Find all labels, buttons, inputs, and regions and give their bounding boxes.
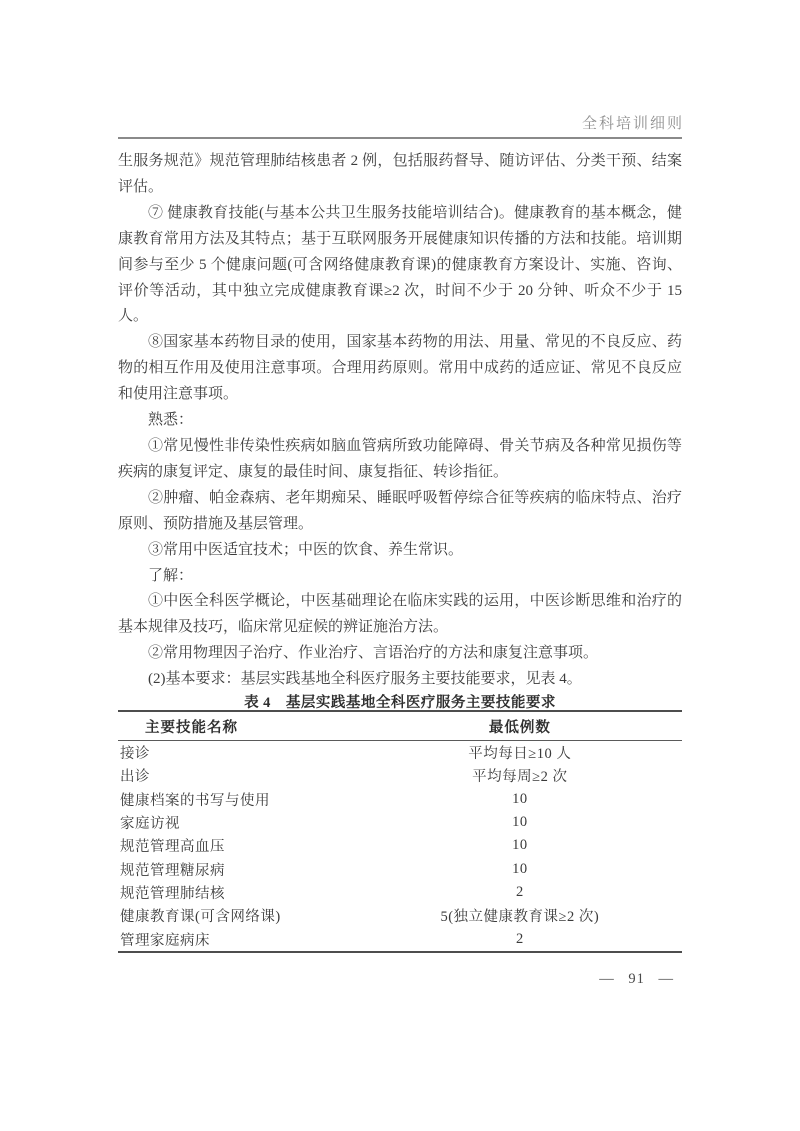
skill-name-cell: 出诊 [118, 764, 358, 787]
page-number: — 91 — [599, 971, 674, 988]
table-row: 家庭访视10 [118, 811, 682, 834]
minimum-count-cell: 10 [358, 834, 682, 857]
table-header-row: 主要技能名称 最低例数 [118, 711, 682, 741]
header-rule [118, 137, 682, 139]
paragraph: ⑦ 健康教育技能(与基本公共卫生服务技能培训结合)。健康教育的基本概念，健康教育… [118, 201, 682, 331]
table-body: 接诊平均每日≥10 人出诊平均每周≥2 次健康档案的书写与使用10家庭访视10规… [118, 741, 682, 952]
table-row: 规范管理高血压10 [118, 834, 682, 857]
skill-name-cell: 规范管理肺结核 [118, 881, 358, 904]
table-title: 表 4 基层实践基地全科医疗服务主要技能要求 [118, 691, 682, 712]
minimum-count-cell: 10 [358, 857, 682, 880]
paragraph: ⑧国家基本药物目录的使用，国家基本药物的用法、用量、常见的不良反应、药物的相互作… [118, 330, 682, 408]
paragraph: (2)基本要求：基层实践基地全科医疗服务主要技能要求，见表 4。 [118, 667, 682, 693]
skill-name-cell: 家庭访视 [118, 811, 358, 834]
table-row: 规范管理肺结核2 [118, 881, 682, 904]
paragraph: ②肿瘤、帕金森病、老年期痴呆、睡眠呼吸暂停综合征等疾病的临床特点、治疗原则、预防… [118, 486, 682, 538]
skill-name-cell: 管理家庭病床 [118, 927, 358, 951]
table-row: 健康教育课(可含网络课)5(独立健康教育课≥2 次) [118, 904, 682, 927]
paragraph: ②常用物理因子治疗、作业治疗、言语治疗的方法和康复注意事项。 [118, 641, 682, 667]
minimum-count-cell: 10 [358, 788, 682, 811]
table-row: 管理家庭病床2 [118, 927, 682, 951]
minimum-count-cell: 2 [358, 927, 682, 951]
paragraph: 了解： [118, 564, 682, 590]
minimum-count-cell: 平均每周≥2 次 [358, 764, 682, 787]
table-row: 健康档案的书写与使用10 [118, 788, 682, 811]
column-header-skill-name: 主要技能名称 [118, 711, 358, 741]
running-head: 全科培训细则 [582, 112, 684, 133]
paragraph: ①中医全科医学概论，中医基础理论在临床实践的运用，中医诊断思维和治疗的基本规律及… [118, 589, 682, 641]
skill-name-cell: 健康档案的书写与使用 [118, 788, 358, 811]
paragraph: ①常见慢性非传染性疾病如脑血管病所致功能障碍、骨关节病及各种常见损伤等疾病的康复… [118, 434, 682, 486]
skill-name-cell: 规范管理高血压 [118, 834, 358, 857]
skill-name-cell: 接诊 [118, 741, 358, 765]
table-row: 接诊平均每日≥10 人 [118, 741, 682, 765]
table-header: 主要技能名称 最低例数 [118, 711, 682, 741]
paragraph: 生服务规范》规范管理肺结核患者 2 例，包括服药督导、随访评估、分类干预、结案评… [118, 149, 682, 201]
body-text: 生服务规范》规范管理肺结核患者 2 例，包括服药督导、随访评估、分类干预、结案评… [118, 149, 682, 693]
minimum-count-cell: 10 [358, 811, 682, 834]
minimum-count-cell: 5(独立健康教育课≥2 次) [358, 904, 682, 927]
column-header-minimum-count: 最低例数 [358, 711, 682, 741]
paragraph: 熟悉： [118, 408, 682, 434]
minimum-count-cell: 平均每日≥10 人 [358, 741, 682, 765]
skills-table: 主要技能名称 最低例数 接诊平均每日≥10 人出诊平均每周≥2 次健康档案的书写… [118, 710, 682, 953]
table-row: 规范管理糖尿病10 [118, 857, 682, 880]
table-row: 出诊平均每周≥2 次 [118, 764, 682, 787]
paragraph: ③常用中医适宜技术；中医的饮食、养生常识。 [118, 538, 682, 564]
skill-name-cell: 健康教育课(可含网络课) [118, 904, 358, 927]
document-page: 全科培训细则 生服务规范》规范管理肺结核患者 2 例，包括服药督导、随访评估、分… [0, 0, 800, 1131]
minimum-count-cell: 2 [358, 881, 682, 904]
skill-name-cell: 规范管理糖尿病 [118, 857, 358, 880]
